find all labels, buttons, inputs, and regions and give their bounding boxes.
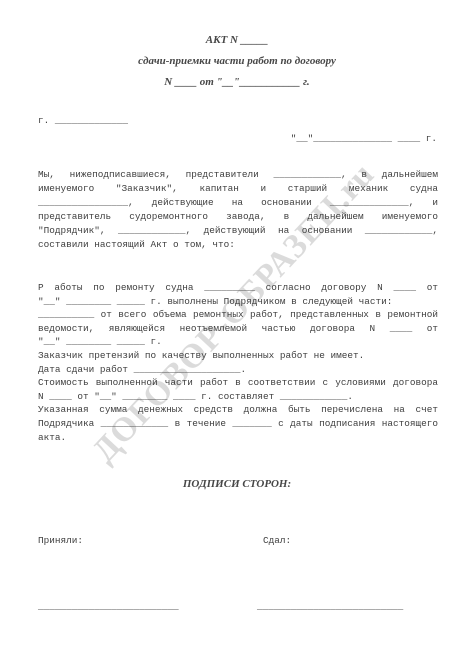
preamble-line: "Подрядчик", ____________, действующий н… — [38, 224, 438, 238]
preamble-paragraph: Мы, нижеподписавшиеся, представители ___… — [38, 168, 438, 252]
preamble-line: именуемого "Заказчик", капитан и старший… — [38, 182, 438, 196]
terms-line: __________ от всего объема ремонтных раб… — [38, 308, 438, 322]
preamble-line: ________________, действующие на основан… — [38, 196, 438, 210]
terms-line: N ____ от "__" ________ ____ г. составля… — [38, 390, 438, 404]
document-title: АКТ N _____ сдачи-приемки части работ по… — [0, 30, 474, 93]
received-signature-line: _________________________ — [38, 601, 179, 612]
terms-line: ведомости, являющейся неотъемлемой часть… — [38, 322, 438, 336]
terms-line: "__" ________ _____ г. — [38, 335, 438, 349]
received-label: Приняли: — [38, 535, 83, 546]
preamble-line: Мы, нижеподписавшиеся, представители ___… — [38, 168, 438, 182]
city-field: г. _____________ — [38, 115, 128, 126]
title-subject: сдачи-приемки части работ по договору — [0, 51, 474, 72]
terms-line: Р аботы по ремонту судна _________ согла… — [38, 281, 438, 295]
signatures-heading: ПОДПИСИ СТОРОН: — [0, 478, 474, 490]
terms-line: Подрядчика ____________ в течение ______… — [38, 417, 438, 431]
title-act-number: АКТ N _____ — [0, 30, 474, 51]
terms-line: "__" ________ _____ г. выполнены Подрядч… — [38, 295, 438, 309]
delivered-signature-line: __________________________ — [257, 601, 403, 612]
terms-line: Заказчик претензий по качеству выполненн… — [38, 349, 438, 363]
title-contract-ref: N ____ от "__"___________ г. — [0, 72, 474, 93]
document-page: ДОГОВОР-ОБРАЗЕЦ.ru АКТ N _____ сдачи-при… — [0, 0, 474, 670]
terms-line: Стоимость выполненной части работ в соот… — [38, 376, 438, 390]
preamble-line: представитель судоремонтного завода, в д… — [38, 210, 438, 224]
date-field: "__"______________ ____ г. — [291, 133, 437, 144]
preamble-line: составили настоящий Акт о том, что: — [38, 238, 438, 252]
terms-paragraph: Р аботы по ремонту судна _________ согла… — [38, 281, 438, 444]
terms-line: акта. — [38, 431, 438, 445]
delivered-label: Сдал: — [263, 535, 291, 546]
terms-line: Указанная сумма денежных средств должна … — [38, 403, 438, 417]
terms-line: Дата сдачи работ ___________________. — [38, 363, 438, 377]
